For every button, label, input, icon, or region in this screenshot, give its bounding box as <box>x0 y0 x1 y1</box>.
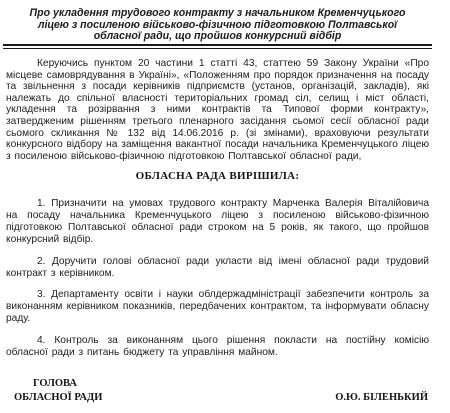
title-divider-double-rule <box>3 44 432 49</box>
preamble-paragraph: Керуючись пунктом 20 частини 1 статті 43… <box>6 58 429 162</box>
signature-block: ГОЛОВА ОБЛАСНОЇ РАДИ О.Ю. БІЛЕНЬКИЙ <box>6 377 428 404</box>
signature-role-line-1: ГОЛОВА <box>14 377 102 391</box>
document-title: Про укладення трудового контракту з нача… <box>6 8 429 43</box>
signature-name: О.Ю. БІЛЕНЬКИЙ <box>335 391 428 405</box>
resolution-heading: ОБЛАСНА РАДА ВИРІШИЛА: <box>6 170 429 182</box>
signature-role-line-2: ОБЛАСНОЇ РАДИ <box>14 391 102 405</box>
resolution-item-2: 2. Доручити голові обласної ради укласти… <box>6 256 429 280</box>
resolution-item-3: 3. Департаменту освіти і науки облдержад… <box>6 289 429 325</box>
signature-role: ГОЛОВА ОБЛАСНОЇ РАДИ <box>14 377 102 404</box>
decision-document: Про укладення трудового контракту з нача… <box>0 0 450 413</box>
resolution-item-1: 1. Призначити на умовах трудового контра… <box>6 198 429 246</box>
resolution-item-4: 4. Контроль за виконанням цього рішення … <box>6 335 429 359</box>
